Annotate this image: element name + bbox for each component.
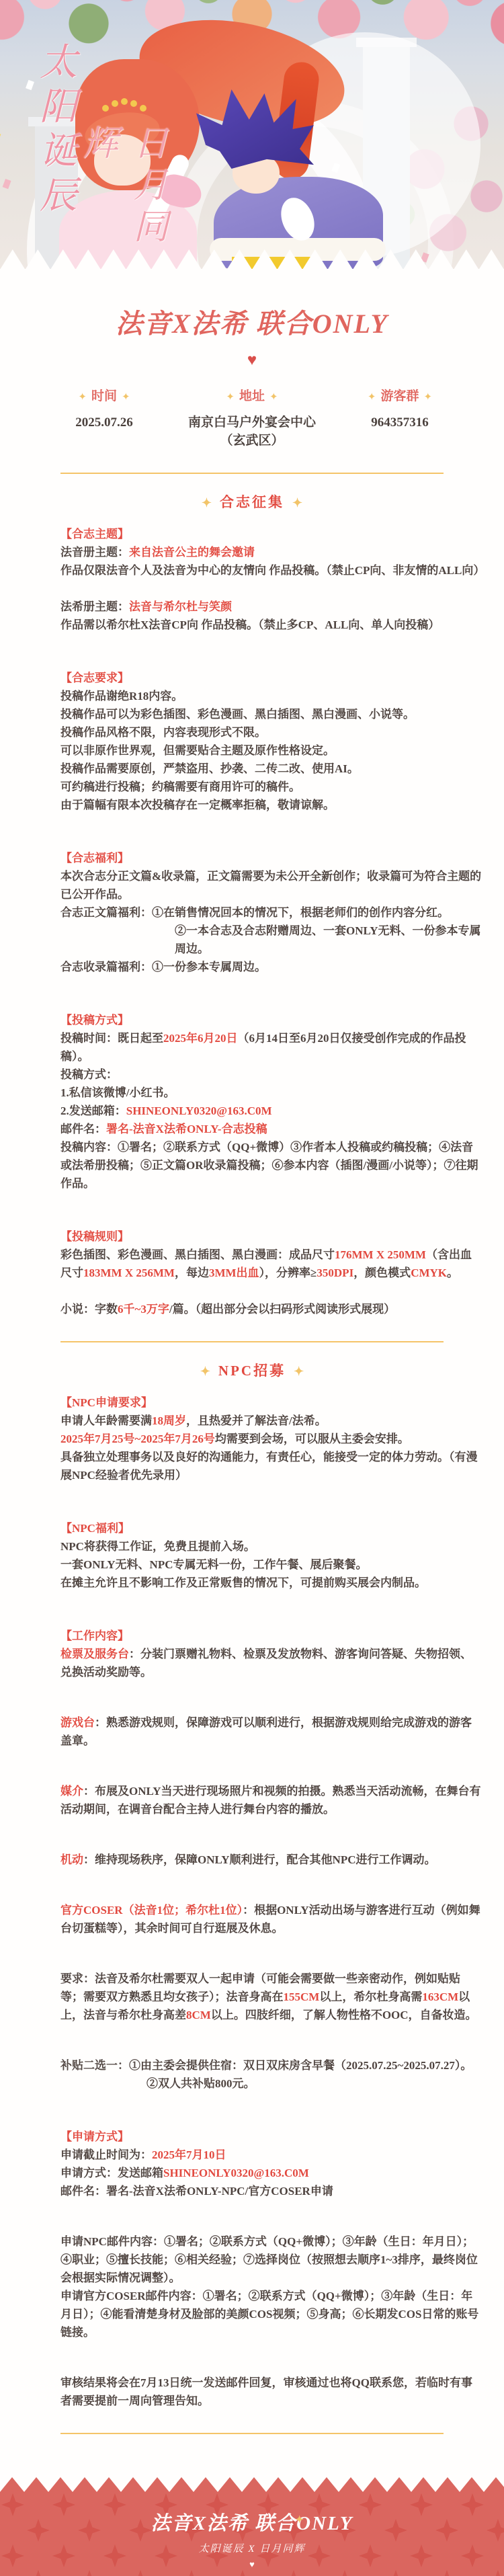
paragraph: 合志收录篇福利：①一份参本专属周边。 (60, 958, 482, 976)
heart-icon: ♥ (0, 2559, 504, 2570)
info-qq-group: ✦游客群✦ 964357316 (326, 386, 474, 450)
paragraph: 投稿方式： (60, 1065, 482, 1084)
section-heading: 【投稿方式】 (60, 1011, 482, 1029)
paragraph: 本次合志分正文篇&收录篇，正文篇需要为未公开全新创作；收录篇可为符合主题的已公开… (60, 867, 482, 903)
paragraph: 彩色插图、彩色漫画、黑白插图、黑白漫画：成品尺寸176MM X 250MM（含出… (60, 1246, 482, 1282)
sparkle-icon: ✦ (226, 392, 235, 403)
paragraph: 补贴二选一：①由主委会提供住宿：双日双床房含早餐（2025.07.25~2025… (60, 2056, 482, 2075)
section-heading: 【合志要求】 (60, 669, 482, 687)
sparkle-icon: ✦ (202, 496, 212, 510)
sparkle-icon: ✦ (122, 392, 130, 403)
paragraph: NPC将获得工作证，免费且提前入场。 (60, 1537, 482, 1556)
paragraph: 可以非原作世界观，但需要贴合主题及原作性格设定。 (60, 741, 482, 760)
sparkle-icon: ✦ (295, 2513, 305, 2526)
paragraph: 法希册主题：法音与希尔杜与笑颜 (60, 598, 482, 616)
bride-tiara (102, 105, 109, 112)
paragraph: 要求：法音及希尔杜需要双人一起申请（可能会需要做一些亲密动作，例如贴贴等；需要双… (60, 1970, 482, 2024)
info-time-value: 2025.07.26 (30, 413, 178, 432)
paragraph: 投稿作品需要原创，严禁盗用、抄袭、二传二改、使用AI。 (60, 760, 482, 778)
paragraph: ②一本合志及合志附赠周边、一套ONLY无料、一份参本专属周边。 (60, 922, 482, 958)
zigzag-edge-footer (0, 2477, 504, 2492)
paragraph: 法音册主题：来自法音公主的舞会邀请 (60, 543, 482, 561)
section-heading: 【合志福利】 (60, 849, 482, 867)
info-address: ✦地址✦ 南京白马户外宴会中心 （玄武区） (178, 386, 326, 450)
event-announcement-page: 太阳诞辰 日月同辉 法音X法希 联合ONLY ♥ ✦时间✦ 2025.07.26… (0, 0, 504, 2576)
paragraph: 作品仅限法音个人及法音为中心的友情向 作品投稿。（禁止CP向、非友情的ALL向） (60, 561, 482, 579)
info-qq-group-value: 964357316 (326, 413, 474, 432)
hero-illustration: 太阳诞辰 日月同辉 (0, 0, 504, 269)
section-title-npc: ✦NPC招募✦ (0, 1360, 504, 1380)
paragraph: 申请人年龄需要满18周岁，且热爱并了解法音/法希。 (60, 1412, 482, 1430)
paragraph: 申请官方COSER邮件内容：①署名；②联系方式（QQ+微博）；③年龄（生日：年月… (60, 2287, 482, 2341)
footer-title: 法音X法希 联合ONLY✦ (0, 2508, 504, 2536)
paragraph: 合志正文篇福利：①在销售情况回本的情况下，根据老师们的创作内容分红。 (60, 903, 482, 922)
paragraph: 投稿作品风格不限，内容表现形式不限。 (60, 723, 482, 741)
paragraph: 官方COSER（法音1位；希尔杜1位）：根据ONLY活动出场与游客进行互动（例如… (60, 1901, 482, 1937)
paragraph: 投稿作品可以为彩色插图、彩色漫画、黑白插图、黑白漫画、小说等。 (60, 705, 482, 723)
paragraph: 具备独立处理事务以及良好的沟通能力，有责任心，能接受一定的体力劳动。（有漫展NP… (60, 1448, 482, 1484)
sparkle-icon: ✦ (368, 392, 376, 403)
spacer (0, 2434, 504, 2464)
paragraph: 申请方式：发送邮箱SHINEONLY0320@163.C0M (60, 2164, 482, 2182)
paragraph: 媒介：布展及ONLY当天进行现场照片和视频的拍摄。熟悉当天活动流畅，在舞台有活动… (60, 1782, 482, 1818)
sparkle-icon: ✦ (78, 392, 87, 403)
paragraph: 邮件名：署名-法音X法希ONLY-合志投稿 (60, 1120, 482, 1138)
section-heading: 【合志主题】 (60, 525, 482, 543)
paragraph: ②双人共补贴800元。 (60, 2075, 482, 2093)
section-heading: 【NPC福利】 (60, 1519, 482, 1537)
sparkle-icon: ✦ (294, 1365, 304, 1378)
zigzag-edge-hero (0, 249, 504, 269)
paragraph: 1.私信该微博/小红书。 (60, 1084, 482, 1102)
info-qq-group-label: ✦游客群✦ (326, 386, 474, 404)
paragraph: 邮件名：署名-法音X法希ONLY-NPC/官方COSER申请 (60, 2182, 482, 2200)
section-heji-content: 【合志主题】 法音册主题：来自法音公主的舞会邀请 作品仅限法音个人及法音为中心的… (0, 512, 504, 1318)
divider (60, 473, 444, 474)
paragraph: 投稿作品谢绝R18内容。 (60, 687, 482, 705)
paragraph: 2025年7月25号~2025年7月26号均需要到会场，可以服从主委会安排。 (60, 1430, 482, 1448)
section-heading: 【工作内容】 (60, 1627, 482, 1645)
footer-tagline: 太阳诞辰 X 日月同辉 (0, 2541, 504, 2555)
paragraph: 审核结果将会在7月13日统一发送邮件回复，审核通过也将QQ联系您，若临时有事者需… (60, 2374, 482, 2410)
event-info-row: ✦时间✦ 2025.07.26 ✦地址✦ 南京白马户外宴会中心 （玄武区） ✦游… (0, 386, 504, 450)
info-address-value: 南京白马户外宴会中心 （玄武区） (178, 413, 326, 450)
paragraph: 2.发送邮箱：SHINEONLY0320@163.C0M (60, 1102, 482, 1120)
paragraph: 投稿内容：①署名；②联系方式（QQ+微博）③作者本人投稿或约稿投稿；④法音或法希… (60, 1138, 482, 1193)
paragraph: 可约稿进行投稿；约稿需要有商用许可的稿件。 (60, 778, 482, 796)
section-title-heji: ✦合志征集✦ (0, 491, 504, 512)
info-time: ✦时间✦ 2025.07.26 (30, 386, 178, 450)
footer-body: 法音X法希 联合ONLY✦ 太阳诞辰 X 日月同辉 ♥ (0, 2492, 504, 2576)
hero-vertical-title-right: 日月同辉 (71, 124, 172, 269)
paragraph: 作品需以希尔杜X法音CP向 作品投稿。（禁止多CP、ALL向、单人向投稿） (60, 616, 482, 634)
section-npc-content: 【NPC申请要求】 申请人年龄需要满18周岁，且热爱并了解法音/法希。 2025… (0, 1380, 504, 2410)
heart-icon: ♥ (0, 352, 504, 370)
divider (60, 1341, 444, 1342)
paragraph: 机动：维持现场秩序，保障ONLY顺利进行，配合其他NPC进行工作调动。 (60, 1851, 482, 1869)
paragraph: 一套ONLY无料、NPC专属无料一份，工作午餐、展后聚餐。 (60, 1556, 482, 1574)
info-time-label: ✦时间✦ (30, 386, 178, 404)
sparkle-icon: ✦ (292, 496, 302, 510)
section-heading: 【NPC申请要求】 (60, 1394, 482, 1412)
section-heading: 【申请方式】 (60, 2128, 482, 2146)
paragraph: 投稿时间：既日起至2025年6月20日（6月14日至6月20日仅接受创作完成的作… (60, 1029, 482, 1065)
sparkle-icon: ✦ (269, 392, 278, 403)
footer: 法音X法希 联合ONLY✦ 太阳诞辰 X 日月同辉 ♥ (0, 2477, 504, 2576)
sparkle-icon: ✦ (424, 392, 433, 403)
paragraph: 游戏台：熟悉游戏规则，保障游戏可以顺利进行，根据游戏规则给完成游戏的游客盖章。 (60, 1714, 482, 1750)
page-title: 法音X法希 联合ONLY (0, 303, 504, 341)
paragraph: 在摊主允许且不影响工作及正常贩售的情况下，可提前购买展会内制品。 (60, 1574, 482, 1592)
paragraph: 小说：字数6千~3万字/篇。（超出部分会以扫码形式阅读形式展现） (60, 1300, 482, 1318)
paragraph: 申请截止时间为：2025年7月10日 (60, 2146, 482, 2164)
info-address-label: ✦地址✦ (178, 386, 326, 404)
paragraph: 检票及服务台：分装门票赠礼物料、检票及发放物料、游客询问答疑、失物招领、兑换活动… (60, 1645, 482, 1681)
section-heading: 【投稿规则】 (60, 1227, 482, 1246)
sparkle-icon: ✦ (200, 1365, 210, 1378)
paragraph: 由于篇幅有限本次投稿存在一定概率拒稿，敬请谅解。 (60, 796, 482, 814)
paragraph: 申请NPC邮件内容：①署名；②联系方式（QQ+微博）；③年龄（生日：年月日）；④… (60, 2232, 482, 2287)
